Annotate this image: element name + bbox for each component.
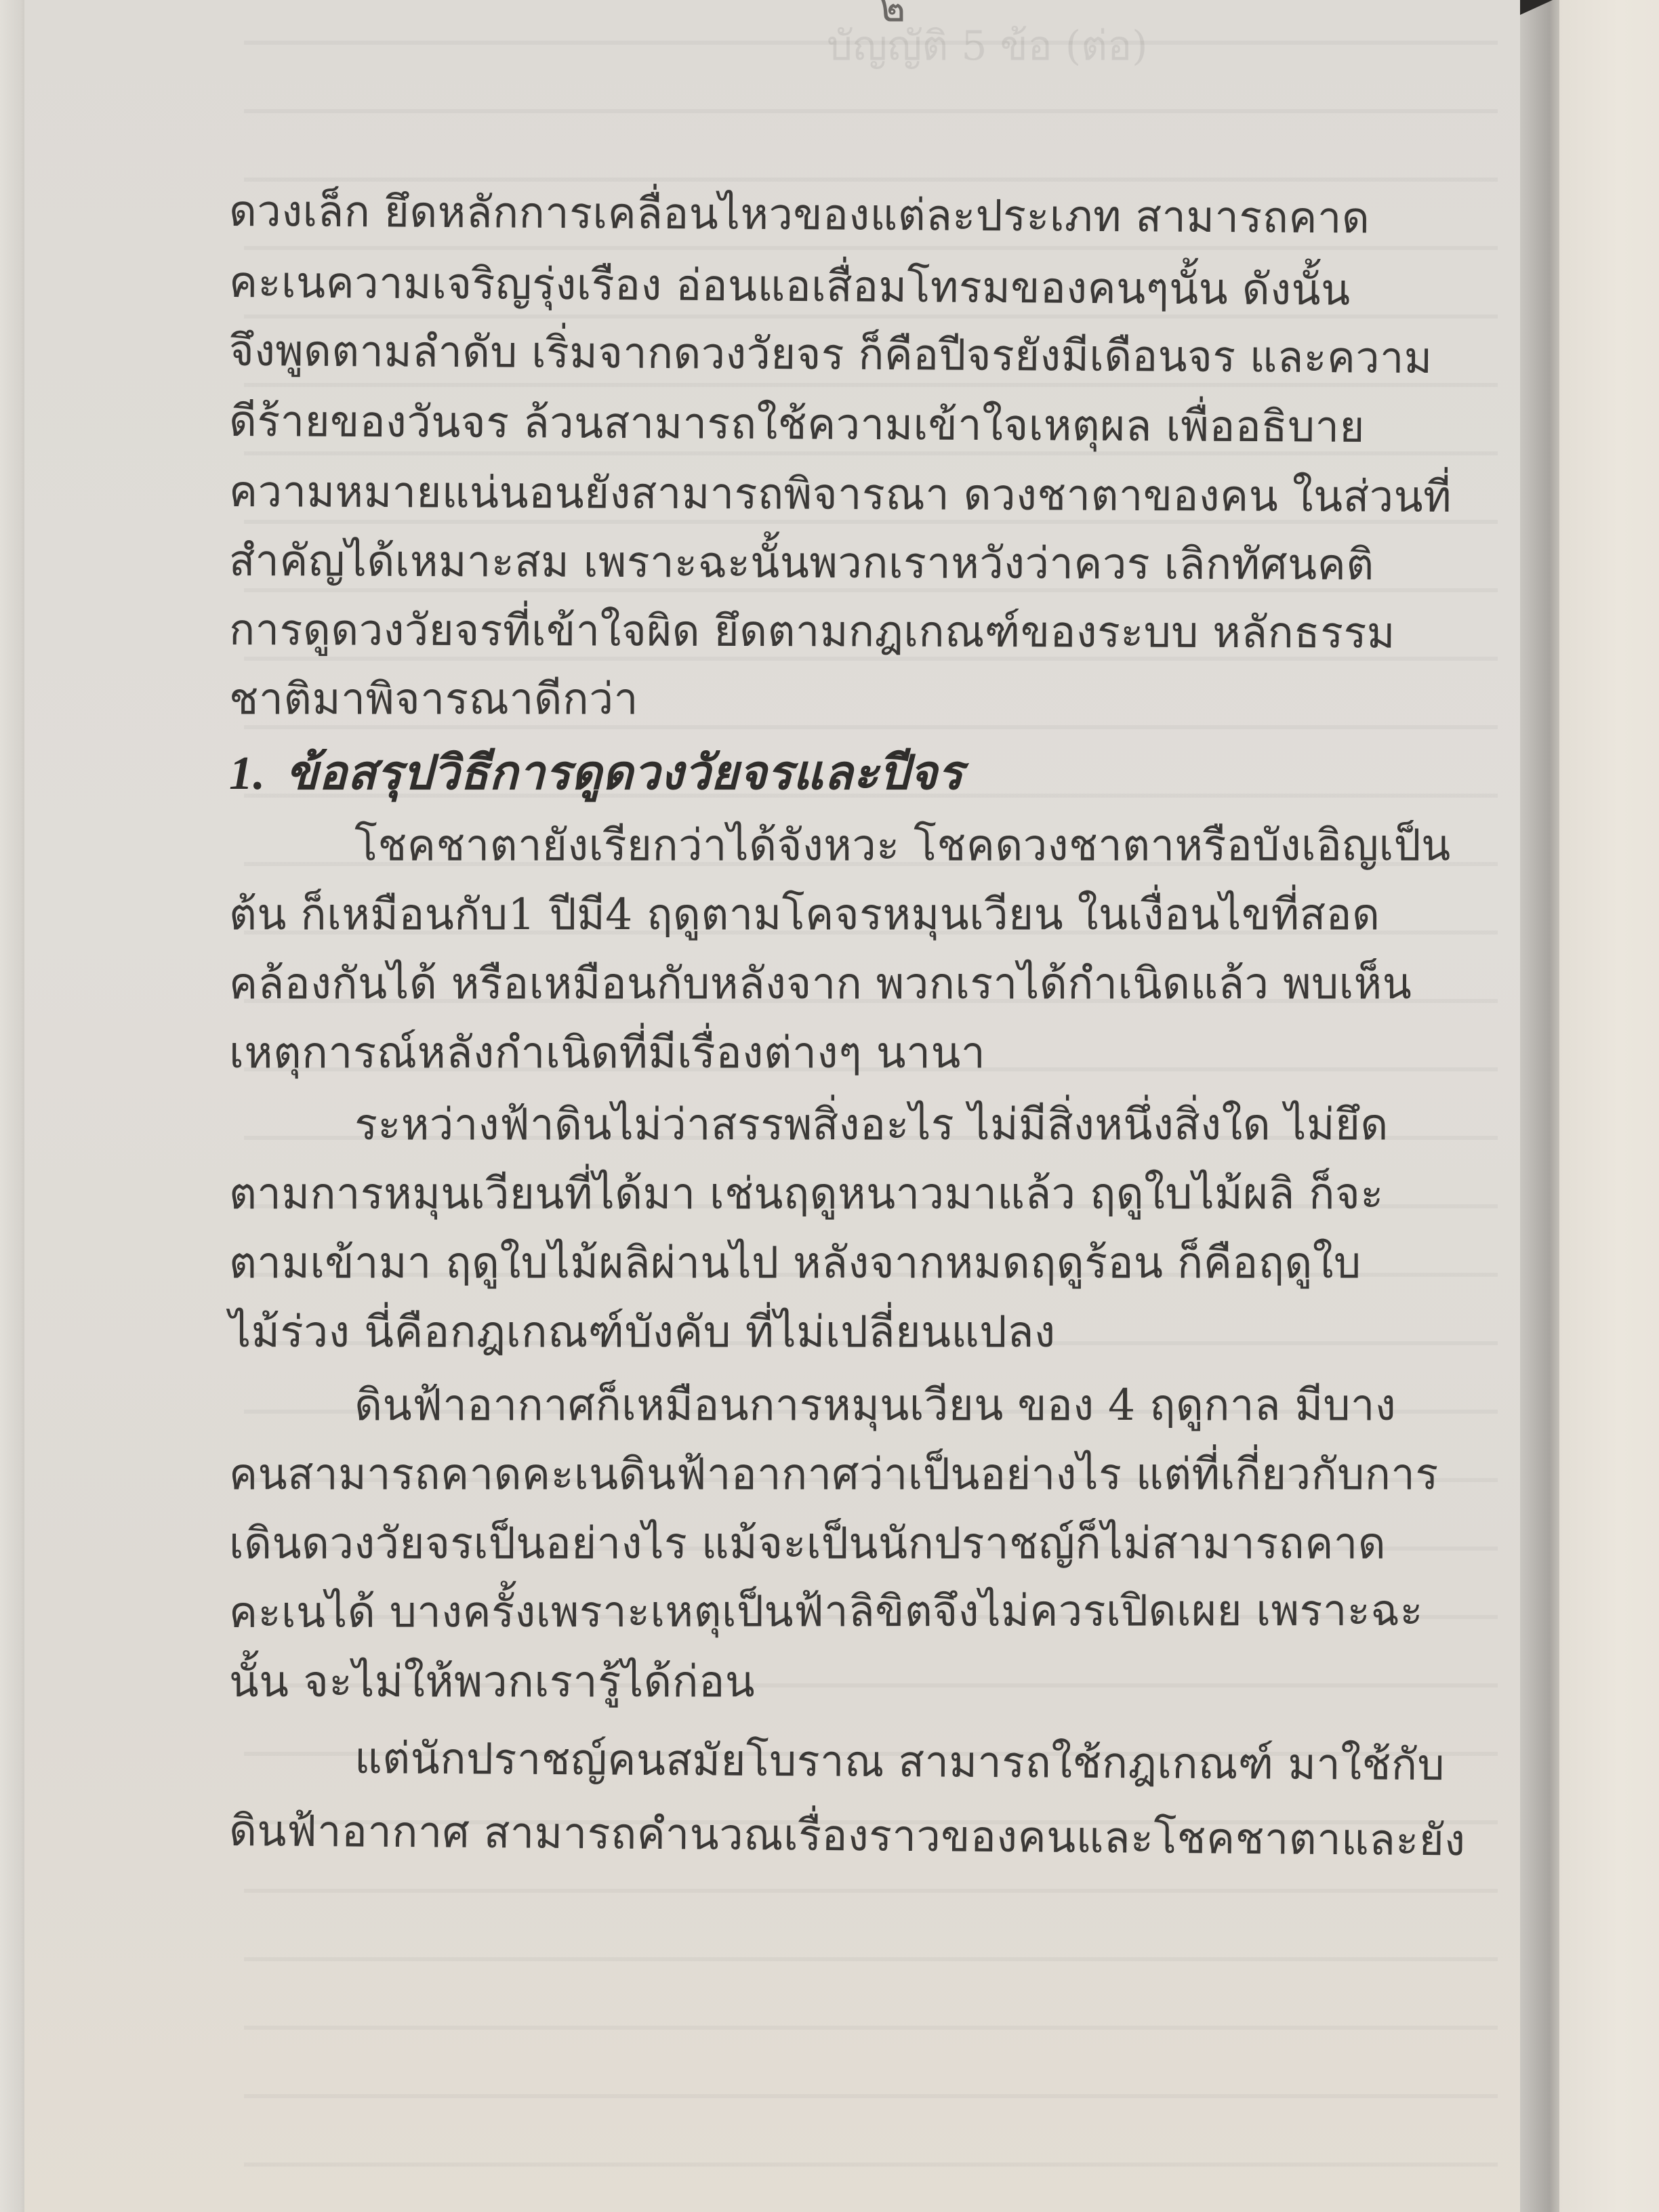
background-surface [1559, 0, 1659, 2212]
text-line: เหตุการณ์หลังกำเนิดที่มีเรื่องต่างๆ นานา [229, 1019, 985, 1087]
text-line: ดีร้ายของวันจร ล้วนสามารถใช้ความเข้าใจเห… [229, 388, 1365, 462]
dark-corner-tab [1520, 0, 1553, 15]
text-line: คนสามารถคาดคะเนดินฟ้าอากาศว่าเป็นอย่างไร… [229, 1441, 1439, 1509]
text-line: การดูดวงวัยจรที่เข้าใจผิด ยึดตามกฎเกณฑ์ข… [229, 596, 1395, 668]
show-through-heading: บัญญัติ 5 ข้อ (ต่อ) [827, 14, 1148, 78]
gutter-shadow [1520, 0, 1559, 2212]
text-line: ระหว่างฟ้าดินไม่ว่าสรรพสิ่งอะไร ไม่มีสิ่… [229, 1091, 1389, 1159]
section-title: ข้อสรุปวิธีการดูดวงวัยจรและปีจร [286, 747, 964, 800]
text-line: จึงพูดตามลำดับ เริ่มจากดวงวัยจร ก็คือปีจ… [229, 317, 1433, 392]
text-line: ตามเข้ามา ฤดูใบไม้ผลิผ่านไป หลังจากหมดฤด… [229, 1229, 1361, 1297]
text-line: ดินฟ้าอากาศก็เหมือนการหมุนเวียน ของ 4 ฤด… [229, 1372, 1396, 1439]
text-line: แต่นักปราชญ์คนสมัยโบราณ สามารถใช้กฎเกณฑ์… [229, 1724, 1446, 1799]
book-page: ๒ บัญญัติ 5 ข้อ (ต่อ) ดวงเล็ก ยึดหลักการ… [0, 0, 1521, 2212]
section-number: 1. [229, 747, 266, 800]
text-line: สำคัญได้เหมาะสม เพราะฉะนั้นพวกเราหวังว่า… [229, 527, 1374, 599]
text-line: ความหมายแน่นอนยังสามารถพิจารณา ดวงชาตาขอ… [229, 458, 1452, 531]
text-line: ตามการหมุนเวียนที่ได้มา เช่นฤดูหนาวมาแล้… [229, 1160, 1384, 1228]
text-line: ต้น ก็เหมือนกับ1 ปีมี4 ฤดูตามโคจรหมุนเวี… [229, 881, 1380, 949]
text-line: เดินดวงวัยจรเป็นอย่างไร แม้จะเป็นนักปราช… [229, 1510, 1386, 1578]
text-line: โชคชาตายังเรียกว่าได้จังหวะ โชคดวงชาตาหร… [229, 812, 1451, 880]
text-line: คล้องกันได้ หรือเหมือนกับหลังจาก พวกเราไ… [229, 950, 1412, 1018]
text-line: ไม้ร่วง นี่คือกฎเกณฑ์บังคับ ที่ไม่เปลี่ย… [229, 1298, 1056, 1366]
text-line: ชาติมาพิจารณาดีกว่า [229, 665, 638, 733]
page-edge-left [0, 0, 24, 2212]
section-heading: 1.ข้อสรุปวิธีการดูดวงวัยจรและปีจร [229, 740, 963, 808]
text-line: นั้น จะไม่ให้พวกเรารู้ได้ก่อน [229, 1648, 755, 1716]
text-line: ดินฟ้าอากาศ สามารถคำนวณเรื่องราวของคนและ… [229, 1797, 1466, 1875]
text-line: คะเนได้ บางครั้งเพราะเหตุเป็นฟ้าลิขิตจึง… [229, 1577, 1423, 1647]
text-line: คะเนความเจริญรุ่งเรือง อ่อนแอเสื่อมโทรมข… [229, 249, 1351, 325]
text-line: ดวงเล็ก ยึดหลักการเคลื่อนไหวของแต่ละประเ… [229, 178, 1370, 252]
